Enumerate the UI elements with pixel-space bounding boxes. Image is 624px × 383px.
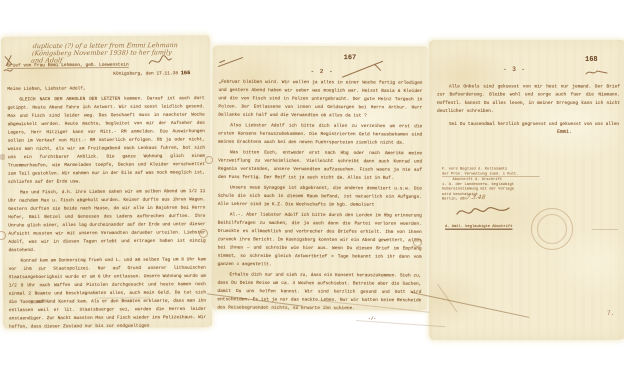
pen-stroke-mark	[217, 53, 251, 69]
paragraph: Erhalte dich nur und sieh zu, dass ein K…	[217, 270, 421, 312]
stamp-line: F. vors Beglied d. Kultusamts	[442, 167, 540, 171]
letter-page-2: 167 - 2 - „Februar bleiben wird. Wir wol…	[211, 45, 428, 310]
paragraph: Unsere neue Synagoge ist abgebrannt, die…	[218, 183, 422, 209]
paragraph: Max und Fisch, d.h. ihre Lieben sahen wi…	[8, 187, 206, 254]
closing-line: Sei Du tausendmal herzlich gegruesst und…	[437, 120, 620, 128]
paragraph: Was bitten Euch, entweder erst nach Hbg …	[218, 148, 422, 182]
hole-punch-mark	[199, 229, 208, 238]
letter-body-page-1: Meine Lieben, Liebster Adolf, GLEICH NAC…	[7, 83, 206, 333]
page-2-header: - 2 -	[311, 68, 334, 75]
paragraph: Alle Onkels sind gekuesst von mir heut n…	[437, 82, 620, 115]
small-circle-mark	[205, 156, 213, 164]
paragraph: „Februar bleiben wird. Wir wollen ja all…	[218, 77, 422, 119]
page-number-168: 168	[585, 56, 598, 64]
dateline: Königsberg, den 17.11.38 166	[113, 70, 218, 77]
hole-punch-mark	[413, 238, 422, 247]
page-3-header: - 3 -	[503, 66, 526, 73]
paragraph: GLEICH NACH DEM ABHOLEN DER LETZTEN komm…	[7, 94, 205, 186]
certification-stamp-block: F. vors Beglied d. Kultusamts der Prov. …	[442, 167, 540, 202]
stamp-line: Berlin, den	[442, 197, 540, 201]
letter-page-1: duplicate (?) of a letter from Emmi Lehm…	[1, 35, 212, 328]
stamp-line: Abschrift d. Urschrift	[442, 178, 540, 182]
paragraph: Also Liebster Adolf ich bitte dich allen…	[218, 121, 422, 147]
round-seal-stamp	[531, 208, 573, 250]
scanned-letter-document: duplicate (?) of a letter from Emmi Lehm…	[0, 0, 624, 383]
letter-body-page-3: Alle Onkels sind gekuesst von mir heut n…	[437, 82, 620, 130]
signature-emmi: Emmi.	[557, 129, 572, 135]
paragraph: Al.-. Aber liebster Adolf ich bitte durc…	[218, 210, 422, 269]
official-signature-squiggle	[455, 202, 517, 220]
edge-smudge	[0, 154, 5, 160]
letter-body-page-2: „Februar bleiben wird. Wir wollen ja all…	[217, 77, 422, 325]
corner-mark: 7.	[607, 310, 614, 317]
faint-smudge	[95, 297, 150, 299]
paragraph: Konrad kam am Donnerstag frueh und L. un…	[9, 255, 207, 331]
pen-line-mark	[329, 58, 387, 80]
pen-check-mark	[584, 66, 610, 78]
page-number-166: 166	[181, 70, 190, 76]
seal-inner-ring	[537, 214, 567, 244]
salutation: Meine Lieben, Liebster Adolf,	[7, 83, 204, 93]
dash-mark	[592, 229, 618, 230]
handwritten-date: - 7.3.48	[462, 194, 486, 201]
letter-page-3: 168 - 3 - Alle Onkels sind gekuesst von …	[429, 40, 624, 340]
stamp-line: Uebereinstimmung mit der Vorlage	[442, 187, 540, 191]
stamp-caption: d. Amtl. beglaubigte Abschrift	[445, 224, 513, 229]
